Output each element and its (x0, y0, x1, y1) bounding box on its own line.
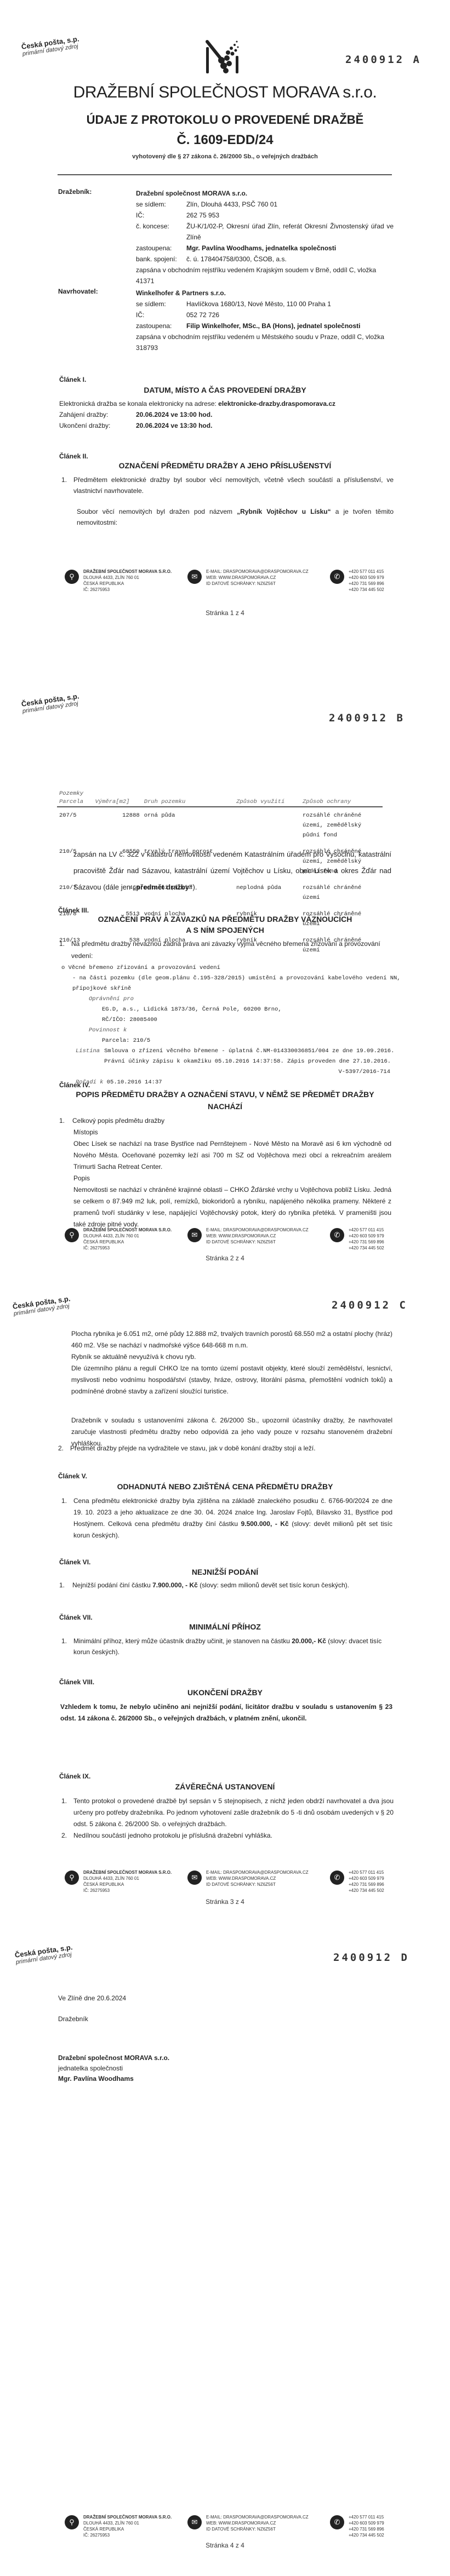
table-header: Výměra[m2] (93, 798, 141, 807)
auctioneer-license-label: č. koncese: (136, 221, 186, 243)
article-4-p2: Předmět dražby přejde na vydražitele ve … (70, 1443, 316, 1454)
post-stamp: Česká pošta, s.p. primární datový zdroj (21, 692, 81, 715)
article-3-title-1: OZNAČENÍ PRÁV A ZÁVAZKŮ NA PŘEDMĚTU DRAŽ… (0, 915, 450, 923)
table-header: Způsob využití (234, 798, 300, 807)
phone-icon: ✆ (330, 570, 344, 584)
proposer-seat-label: se sídlem: (136, 299, 186, 309)
location-pin-icon: ⚲ (65, 1871, 79, 1885)
article-3-title-2: A S NÍM SPOJENÝCH (0, 926, 450, 934)
article-8-text: Vzhledem k tomu, že nebylo učiněno ani n… (60, 1701, 392, 1724)
envelope-icon: ✉ (187, 1228, 202, 1242)
signature-company: Dražební společnost MORAVA s.r.o. (58, 2053, 169, 2063)
article-1-number: Článek I. (59, 376, 86, 383)
footer-line: DLOUHÁ 4433, ZLÍN 760 01 (83, 2520, 172, 2526)
envelope-icon: ✉ (187, 1871, 202, 1885)
footer-line: WEB: WWW.DRASPOMORAVA.CZ (206, 1875, 309, 1881)
footer-line: WEB: WWW.DRASPOMORAVA.CZ (206, 1233, 309, 1239)
document-number-stamp: 2400912 B (329, 712, 405, 724)
article-5-title: ODHADNUTÁ NEBO ZJIŠTĚNÁ CENA PŘEDMĚTU DR… (0, 1482, 450, 1491)
proposer-block: Winkelhofer & Partners s.r.o. se sídlem:… (136, 288, 394, 353)
page-number: Stránka 3 z 4 (0, 1898, 450, 1906)
article-4-continued: Plocha rybníka je 6.051 m2, orné půdy 12… (71, 1328, 392, 1397)
proposer-seat: Havlíčkova 1680/13, Nové Město, 110 00 P… (186, 299, 394, 309)
envelope-icon: ✉ (187, 570, 202, 584)
footer-column: ✉E-MAIL: DRASPOMORAVA@DRASPOMORAVA.CZWEB… (187, 1227, 309, 1245)
cadastre-text: zapsán na LV č. 322 v katastru nemovitos… (73, 850, 391, 891)
article-5-item-1: 1.Cena předmětu elektronické dražby byla… (61, 1495, 392, 1541)
footer-column: ✆+420 577 011 415+420 603 509 979+420 73… (330, 1869, 384, 1894)
page-footer: ⚲DRAŽEBNÍ SPOLEČNOST MORAVA S.R.O.DLOUHÁ… (65, 1869, 394, 1902)
auctioneer-name: Dražební společnost MORAVA s.r.o. (136, 188, 394, 199)
article-2-title: OZNAČENÍ PŘEDMĚTU DRAŽBY A JEHO PŘÍSLUŠE… (0, 461, 450, 470)
footer-column: ✉E-MAIL: DRASPOMORAVA@DRASPOMORAVA.CZWEB… (187, 2514, 309, 2532)
footer-line: DLOUHÁ 4433, ZLÍN 760 01 (83, 575, 172, 581)
article-9-number: Článek IX. (59, 1772, 90, 1780)
popis-text: Nemovitosti se nachází v chráněné krajin… (59, 1184, 391, 1230)
table-header: Způsob ochrany (300, 798, 383, 807)
auctioneer-seat: Zlín, Dlouhá 4433, PSČ 760 01 (186, 199, 394, 210)
lv-opr-label: Oprávnění pro (89, 996, 134, 1002)
defined-term: „předmět dražby“ (133, 883, 193, 891)
footer-line: E-MAIL: DRASPOMORAVA@DRASPOMORAVA.CZ (206, 1869, 309, 1875)
fish-text: Rybník se aktuálně nevyužívá k chovu ryb… (71, 1351, 392, 1363)
article-9-title: ZÁVĚREČNÁ USTANOVENÍ (0, 1782, 450, 1791)
proposer-rep-label: zastoupena: (136, 320, 186, 331)
lv-ref: V-5397/2016-714 (61, 1067, 401, 1077)
auctioneer-seat-label: se sídlem: (136, 199, 186, 210)
article-4-p1-head: Celkový popis předmětu dražby (72, 1115, 164, 1127)
envelope-icon: ✉ (187, 2515, 202, 2529)
article-4-title-2: NACHÁZÍ (0, 1102, 450, 1111)
page-footer: ⚲DRAŽEBNÍ SPOLEČNOST MORAVA S.R.O.DLOUHÁ… (65, 569, 394, 601)
article-1-times: Zahájení dražby:20.06.2024 ve 13:00 hod.… (59, 409, 212, 431)
footer-column: ✆+420 577 011 415+420 603 509 979+420 73… (330, 1227, 384, 1251)
footer-line: IČ: 26275953 (83, 2532, 172, 2538)
table-header: Parcela (57, 798, 93, 807)
footer-line: +420 577 011 415 (349, 569, 384, 575)
min-bid-words: (slovy: sedm milionů devět set tisíc kor… (200, 1581, 349, 1589)
area-text: Plocha rybníka je 6.051 m2, orné půdy 12… (71, 1328, 392, 1351)
increment-text: Minimální příhoz, který může účastník dr… (73, 1637, 290, 1645)
article-6-item-1: 1.Nejnižší podání činí částku 7.900.000,… (59, 1580, 394, 1591)
phone-icon: ✆ (330, 1228, 344, 1242)
signature-name: Mgr. Pavlína Woodhams (58, 2074, 169, 2084)
footer-line: ČESKÁ REPUBLIKA (83, 581, 172, 587)
footer-line: DRAŽEBNÍ SPOLEČNOST MORAVA S.R.O. (83, 569, 172, 575)
lv-desc: - na části pozemku (dle geom.plánu č.195… (61, 973, 401, 994)
footer-line: ID DATOVÉ SCHRÁNKY: NZ6Z56T (206, 1239, 309, 1245)
footer-line: +420 603 509 979 (349, 2520, 384, 2526)
post-stamp: Česká pošta, s.p. primární datový zdroj (12, 1294, 72, 1317)
address-text: Elektronická dražba se konala elektronic… (59, 400, 217, 408)
zoning-text: Dle územního plánu a regulí CHKO lze na … (71, 1363, 392, 1397)
document-number-stamp: 2400912 A (345, 54, 421, 66)
start-value: 20.06.2024 ve 13:00 hod. (136, 409, 212, 420)
end-value: 20.06.2024 ve 13:30 hod. (136, 420, 212, 431)
article-7-title: MINIMÁLNÍ PŘÍHOZ (0, 1622, 450, 1631)
proposer-name: Winkelhofer & Partners s.r.o. (136, 288, 394, 299)
mistopis-label: Místopis (59, 1127, 391, 1138)
footer-line: +420 603 509 979 (349, 1233, 384, 1239)
table-cell: orná půda (142, 807, 234, 844)
header-divider (58, 174, 392, 175)
article-2-after-table: zapsán na LV č. 322 v katastru nemovitos… (73, 846, 391, 896)
page-number: Stránka 4 z 4 (0, 2541, 450, 2549)
article-2-item-1: 1.Předmětem elektronické dražby byl soub… (61, 474, 394, 496)
table-cell: 12888 (93, 807, 141, 844)
post-stamp: Česká pošta, s.p. primární datový zdroj (14, 1943, 74, 1966)
article-1-title: DATUM, MÍSTO A ČAS PROVEDENÍ DRAŽBY (0, 386, 450, 394)
article-6-number: Článek VI. (59, 1558, 90, 1566)
estimated-price: 9.500.000, - Kč (241, 1520, 289, 1528)
minimum-bid: 7.900.000, - Kč (152, 1581, 198, 1589)
footer-line: +420 731 569 896 (349, 2526, 384, 2532)
article-1-address: Elektronická dražba se konala elektronic… (59, 398, 388, 409)
auctioneer-ic-label: IČ: (136, 210, 186, 221)
p2-text-a: Soubor věcí nemovitých byl dražen pod ná… (77, 508, 232, 515)
article-4-item-1: 1.Celkový popis předmětu dražby Místopis… (59, 1115, 391, 1230)
proposer-ic-label: IČ: (136, 309, 186, 320)
document-number-stamp: 2400912 D (333, 1952, 409, 1964)
footer-line: +420 603 509 979 (349, 1875, 384, 1881)
document-number-stamp: 2400912 C (332, 1299, 408, 1311)
auctioneer-bank: č. ú. 178404758/0300, ČSOB, a.s. (186, 254, 394, 265)
page-number: Stránka 1 z 4 (0, 609, 450, 617)
article-6-title: NEJNIŽŠÍ PODÁNÍ (0, 1568, 450, 1576)
footer-line: +420 734 445 502 (349, 1887, 384, 1894)
footer-column: ⚲DRAŽEBNÍ SPOLEČNOST MORAVA S.R.O.DLOUHÁ… (65, 1869, 172, 1894)
article-3-number: Článek III. (58, 907, 89, 914)
phone-icon: ✆ (330, 2515, 344, 2529)
table-header: Druh pozemku (142, 798, 234, 807)
signature-role: Dražebník (58, 2013, 88, 2024)
footer-line: DLOUHÁ 4433, ZLÍN 760 01 (83, 1233, 172, 1239)
article-4-number: Článek IV. (59, 1081, 90, 1089)
footer-line: +420 603 509 979 (349, 575, 384, 581)
start-label: Zahájení dražby: (59, 409, 136, 420)
article-5-number: Článek V. (58, 1472, 87, 1480)
location-pin-icon: ⚲ (65, 2515, 79, 2529)
auctioneer-label: Dražebník: (58, 188, 92, 196)
protocol-number: Č. 1609-EDD/24 (0, 133, 450, 148)
footer-line: +420 731 569 896 (349, 581, 384, 587)
footer-line: WEB: WWW.DRASPOMORAVA.CZ (206, 2520, 309, 2526)
signature-position: jednatelka společnosti (58, 2063, 169, 2074)
footer-column: ⚲DRAŽEBNÍ SPOLEČNOST MORAVA S.R.O.DLOUHÁ… (65, 1227, 172, 1251)
auctioneer-ic: 262 75 953 (186, 210, 394, 221)
lv-poradi: 05.10.2016 14:37 (107, 1079, 162, 1086)
cadastre-text-end: ). (193, 883, 197, 891)
popis-label: Popis (59, 1173, 391, 1184)
article-9-items: 1.Tento protokol o provedené dražbě byl … (61, 1795, 394, 1841)
article-7-number: Článek VII. (59, 1614, 93, 1621)
lv-opr: EG.D, a.s., Lidická 1873/36, Černá Pole,… (61, 1005, 292, 1025)
document-title: ÚDAJE Z PROTOKOLU O PROVEDENÉ DRAŽBĚ (0, 113, 450, 127)
table-cell: rozsáhlé chráněné území, zemědělský půdn… (300, 807, 383, 844)
article-3-item-1: 1.Na předmětu dražby neváznou žádná práv… (59, 938, 391, 962)
article-2-p1: Předmětem elektronické dražby byl soubor… (73, 474, 394, 496)
article-3-p1: Na předmětu dražby neváznou žádná práva … (71, 938, 391, 962)
article-4-title-1: POPIS PŘEDMĚTU DRAŽBY A OZNAČENÍ STAVU, … (0, 1090, 450, 1099)
footer-line: E-MAIL: DRASPOMORAVA@DRASPOMORAVA.CZ (206, 569, 309, 575)
footer-line: +420 577 011 415 (349, 1869, 384, 1875)
table-cell: 207/5 (57, 807, 93, 844)
article-9-p2: Nedílnou součástí jednoho protokolu je p… (73, 1830, 272, 1841)
footer-column: ✉E-MAIL: DRASPOMORAVA@DRASPOMORAVA.CZWEB… (187, 1869, 309, 1887)
footer-line: WEB: WWW.DRASPOMORAVA.CZ (206, 575, 309, 581)
document-subtitle: vyhotovený dle § 27 zákona č. 26/2000 Sb… (0, 153, 450, 160)
article-4-item-2: 2.Předmět dražby přejde na vydražitele v… (58, 1443, 392, 1454)
footer-line: ID DATOVÉ SCHRÁNKY: NZ6Z56T (206, 2526, 309, 2532)
footer-line: +420 731 569 896 (349, 1239, 384, 1245)
article-2-p2: Soubor věcí nemovitých byl dražen pod ná… (77, 506, 394, 528)
footer-line: +420 734 445 502 (349, 1245, 384, 1251)
proposer-ic: 052 72 726 (186, 309, 394, 320)
footer-line: +420 577 011 415 (349, 1227, 384, 1233)
auction-url: elektronicke-drazby.draspomorava.cz (218, 400, 335, 408)
lv-pov-label: Povinnost k (89, 1027, 127, 1034)
lv-extract: o Věcné břemeno zřizování a provozování … (61, 963, 401, 1088)
proposer-label: Navrhovatel: (58, 288, 98, 295)
post-stamp: Česká pošta, s.p. primární datový zdroj (21, 35, 81, 58)
signature-block: Dražební společnost MORAVA s.r.o. jednat… (58, 2053, 169, 2084)
article-8-number: Článek VIII. (59, 1678, 94, 1686)
article-2-number: Článek II. (59, 452, 88, 460)
footer-column: ⚲DRAŽEBNÍ SPOLEČNOST MORAVA S.R.O.DLOUHÁ… (65, 2514, 172, 2538)
place-date: Ve Zlíně dne 20.6.2024 (58, 1993, 126, 2004)
auctioneer-registry: zapsána v obchodním rejstříku vedeném Kr… (136, 265, 394, 286)
article-7-item-1: 1.Minimální příhoz, který může účastník … (61, 1636, 394, 1657)
company-title: DRAŽEBNÍ SPOLEČNOST MORAVA s.r.o. (0, 83, 450, 102)
minimum-increment: 20.000,- Kč (292, 1637, 326, 1645)
footer-line: DRAŽEBNÍ SPOLEČNOST MORAVA S.R.O. (83, 1869, 172, 1875)
footer-line: ID DATOVÉ SCHRÁNKY: NZ6Z56T (206, 1881, 309, 1887)
footer-line: DRAŽEBNÍ SPOLEČNOST MORAVA S.R.O. (83, 2514, 172, 2520)
auctioneer-bank-label: bank. spojení: (136, 254, 186, 265)
footer-column: ✆+420 577 011 415+420 603 509 979+420 73… (330, 569, 384, 593)
footer-line: ČESKÁ REPUBLIKA (83, 1239, 172, 1245)
auctioneer-rep-label: zastoupena: (136, 243, 186, 254)
lv-listina-label: Listina (76, 1046, 100, 1067)
lv-listina: Smlouva o zřízení věcného břemene - úpla… (104, 1046, 401, 1067)
footer-line: +420 734 445 502 (349, 2532, 384, 2538)
end-label: Ukončení dražby: (59, 420, 136, 431)
footer-line: DRAŽEBNÍ SPOLEČNOST MORAVA S.R.O. (83, 1227, 172, 1233)
table-cell (234, 807, 300, 844)
auctioneer-rep: Mgr. Pavlína Woodhams, jednatelka společ… (186, 243, 394, 254)
company-logo-icon (204, 37, 243, 77)
article-9-p1: Tento protokol o provedené dražbě byl se… (73, 1795, 394, 1830)
auctioneer-license: ŽU-K/1/02-P, Okresní úřad Zlín, referát … (186, 221, 394, 243)
footer-line: ČESKÁ REPUBLIKA (83, 1881, 172, 1887)
footer-column: ⚲DRAŽEBNÍ SPOLEČNOST MORAVA S.R.O.DLOUHÁ… (65, 569, 172, 593)
min-bid-text: Nejnižší podání činí částku (72, 1581, 151, 1589)
article-8-title: UKONČENÍ DRAŽBY (0, 1688, 450, 1697)
footer-column: ✆+420 577 011 415+420 603 509 979+420 73… (330, 2514, 384, 2538)
phone-icon: ✆ (330, 1871, 344, 1885)
location-pin-icon: ⚲ (65, 1228, 79, 1242)
footer-line: E-MAIL: DRASPOMORAVA@DRASPOMORAVA.CZ (206, 2514, 309, 2520)
footer-line: +420 734 445 502 (349, 587, 384, 593)
footer-line: +420 731 569 896 (349, 1881, 384, 1887)
footer-line: +420 577 011 415 (349, 2514, 384, 2520)
auctioneer-block: Dražební společnost MORAVA s.r.o. se síd… (136, 188, 394, 286)
page-number: Stránka 2 z 4 (0, 1254, 450, 1262)
footer-line: IČ: 26275953 (83, 587, 172, 593)
footer-line: IČ: 26275953 (83, 1245, 172, 1251)
lv-pov: Parcela: 210/5 (61, 1036, 401, 1046)
footer-line: IČ: 26275953 (83, 1887, 172, 1894)
footer-line: ID DATOVÉ SCHRÁNKY: NZ6Z56T (206, 581, 309, 587)
property-name: „Rybník Vojtěchov u Lísku“ (237, 508, 331, 515)
lv-head: o Věcné břemeno zřizování a provozování … (61, 963, 401, 973)
footer-line: E-MAIL: DRASPOMORAVA@DRASPOMORAVA.CZ (206, 1227, 309, 1233)
proposer-registry: zapsána v obchodním rejstříku vedeném u … (136, 331, 394, 353)
footer-line: DLOUHÁ 4433, ZLÍN 760 01 (83, 1875, 172, 1881)
location-pin-icon: ⚲ (65, 570, 79, 584)
footer-line: ČESKÁ REPUBLIKA (83, 2526, 172, 2532)
footer-column: ✉E-MAIL: DRASPOMORAVA@DRASPOMORAVA.CZWEB… (187, 569, 309, 587)
table-row: 207/512888orná půdarozsáhlé chráněné úze… (57, 807, 383, 844)
mistopis-text: Obec Lísek se nachází na trase Bystřice … (59, 1138, 391, 1173)
proposer-rep: Filip Winkelhofer, MSc., BA (Hons), jedn… (186, 320, 394, 331)
